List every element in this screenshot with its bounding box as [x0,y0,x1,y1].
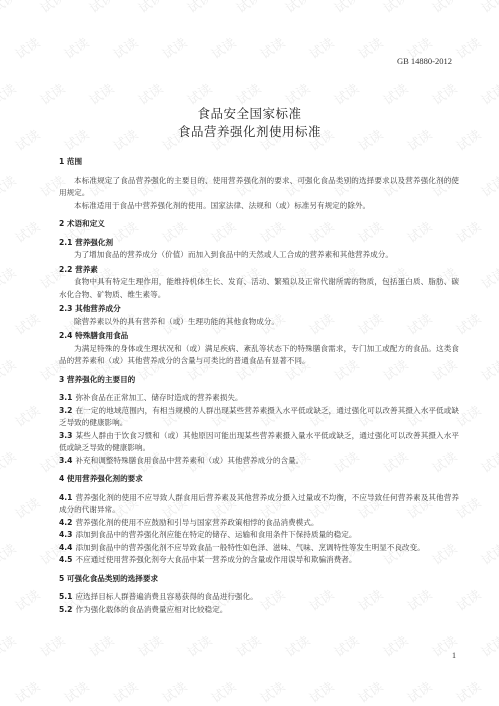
clause-3-4: 3.4补充和调整特殊膳食用食品中营养素和（或）其他营养成分的含量。 [59,455,459,468]
page-number: 1 [452,651,456,660]
clause-5-1: 5.1应选择目标人群普遍消费且容易获得的食品进行强化。 [59,591,459,604]
clause-text: 在一定的地域范围内，有相当规模的人群出现某些营养素摄入水平低或缺乏，通过强化可以… [59,406,459,428]
document-title-line1: 食品安全国家标准 [0,104,499,122]
subsection-2-2-text: 食物中具有特定生理作用，能维持机体生长、发育、活动、繁殖以及正常代谢所需的物质，… [59,276,459,301]
clause-number: 5.2 [59,605,72,614]
subsection-2-4-text: 为满足特殊的身体或生理状况和（或）满足疾病、紊乱等状态下的特殊膳食需求，专门加工… [59,343,459,368]
clause-4-1: 4.1营养强化剂的使用不应导致人群食用后营养素及其他营养成分摄入过量或不均衡，不… [59,492,459,517]
section-2-heading: 2 术语和定义 [59,218,459,231]
clause-text: 应选择目标人群普遍消费且容易获得的食品进行强化。 [75,592,257,601]
clause-3-1: 3.1弥补食品在正常加工、储存时造成的营养素损失。 [59,392,459,405]
clause-4-4: 4.4添加到食品中的营养强化剂不应导致食品一般特性如色泽、滋味、气味、烹调特性等… [59,542,459,555]
document-title-line2: 食品营养强化剂使用标准 [0,122,499,140]
subsection-2-1-text: 为了增加食品的营养成分（价值）而加入到食品中的天然或人工合成的营养素和其他营养成… [59,249,459,262]
clause-text: 添加到食品中的营养强化剂不应导致食品一般特性如色泽、滋味、气味、烹调特性等发生明… [75,543,424,552]
clause-3-2: 3.2在一定的地域范围内，有相当规模的人群出现某些营养素摄入水平低或缺乏，通过强… [59,405,459,430]
section-1-paragraph-2: 本标准适用于食品中营养强化剂的使用。国家法律、法规和（或）标准另有规定的除外。 [59,200,459,213]
section-3-heading: 3 营养强化的主要目的 [59,374,459,387]
clause-4-3: 4.3添加到食品中的营养强化剂应能在特定的储存、运输和食用条件下保持质量的稳定。 [59,529,459,542]
clause-4-2: 4.2营养强化剂的使用不应鼓励和引导与国家营养政策相悖的食品消费模式。 [59,517,459,530]
subsection-2-2-heading: 2.2 营养素 [59,264,459,277]
clause-text: 不应通过使用营养强化剂夸大食品中某一营养成分的含量或作用误导和欺骗消费者。 [75,555,356,564]
clause-number: 4.3 [59,530,72,539]
clause-5-2: 5.2作为强化载体的食品消费量应相对比较稳定。 [59,604,459,617]
section-4-heading: 4 使用营养强化剂的要求 [59,473,459,486]
clause-number: 3.4 [59,456,72,465]
clause-number: 3.2 [59,406,72,415]
subsection-2-4-heading: 2.4 特殊膳食用食品 [59,330,459,343]
clause-text: 营养强化剂的使用不应导致人群食用后营养素及其他营养成分摄入过量或不均衡，不应导致… [59,493,459,515]
clause-number: 4.2 [59,518,72,527]
section-1-heading: 1 范围 [59,156,459,169]
clause-text: 作为强化载体的食品消费量应相对比较稳定。 [75,605,227,614]
document-page: GB 14880-2012 食品安全国家标准 食品营养强化剂使用标准 1 范围 … [0,0,499,706]
standard-code: GB 14880-2012 [397,56,452,66]
clause-text: 某些人群由于饮食习惯和（或）其他原因可能出现某些营养素摄入量水平低或缺乏，通过强… [59,431,459,453]
clause-text: 补充和调整特殊膳食用食品中营养素和（或）其他营养成分的含量。 [75,456,303,465]
clause-text: 营养强化剂的使用不应鼓励和引导与国家营养政策相悖的食品消费模式。 [75,518,318,527]
clause-number: 3.3 [59,431,72,440]
subsection-2-1-heading: 2.1 营养强化剂 [59,237,459,250]
clause-number: 4.5 [59,555,72,564]
clause-3-3: 3.3某些人群由于饮食习惯和（或）其他原因可能出现某些营养素摄入量水平低或缺乏，… [59,430,459,455]
clause-number: 3.1 [59,393,72,402]
clause-text: 弥补食品在正常加工、储存时造成的营养素损失。 [75,393,242,402]
clause-text: 添加到食品中的营养强化剂应能在特定的储存、运输和食用条件下保持质量的稳定。 [75,530,356,539]
clause-4-5: 4.5不应通过使用营养强化剂夸大食品中某一营养成分的含量或作用误导和欺骗消费者。 [59,554,459,567]
subsection-2-3-heading: 2.3 其他营养成分 [59,303,459,316]
clause-number: 5.1 [59,592,72,601]
section-1-paragraph-1: 本标准规定了食品营养强化的主要目的、使用营养强化剂的要求、可强化食品类别的选择要… [59,175,459,200]
subsection-2-3-text: 除营养素以外的具有营养和（或）生理功能的其他食物成分。 [59,316,459,329]
section-5-heading: 5 可强化食品类别的选择要求 [59,573,459,586]
document-body: 1 范围 本标准规定了食品营养强化的主要目的、使用营养强化剂的要求、可强化食品类… [59,150,459,616]
clause-number: 4.4 [59,543,72,552]
clause-number: 4.1 [59,493,72,502]
